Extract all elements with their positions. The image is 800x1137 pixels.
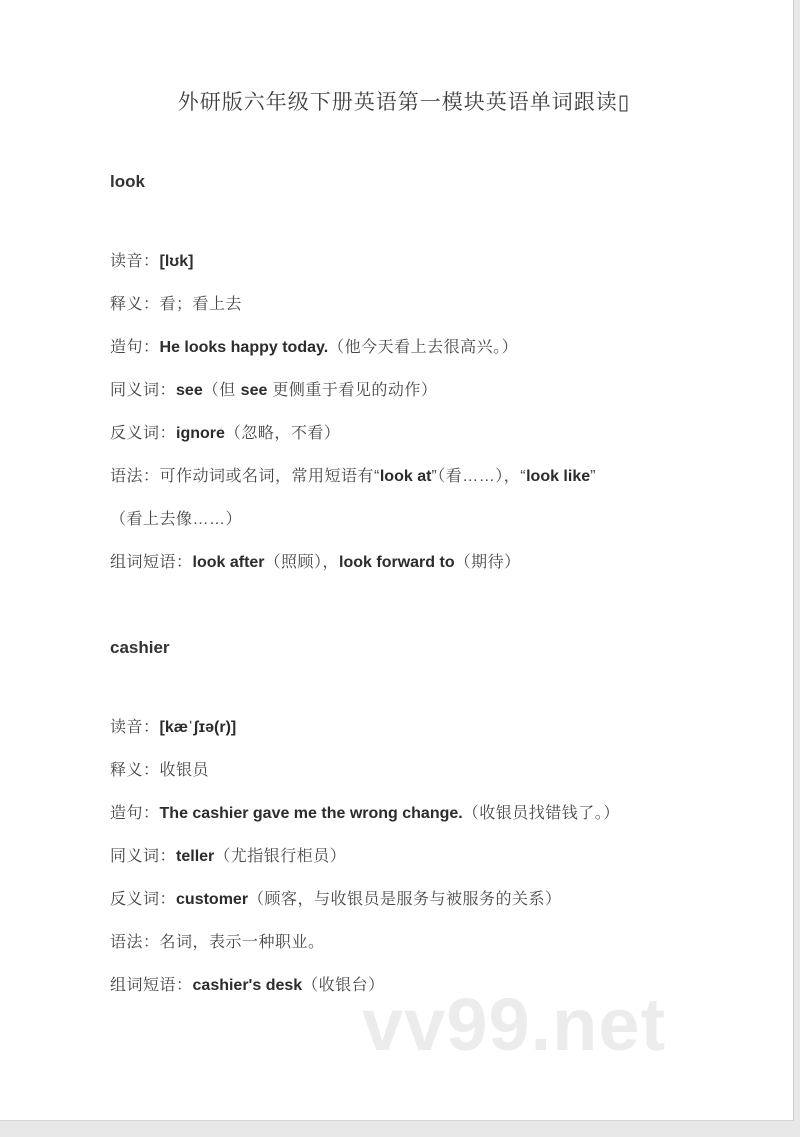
row-text-zh: 名词，表示一种职业。 — [160, 934, 325, 951]
entry-row: 读音：[lʊk] — [110, 240, 698, 283]
row-text-zh: （收银员找错钱了。） — [463, 805, 620, 822]
vocab-entry-look: look读音：[lʊk]释义：看；看上去造句：He looks happy to… — [110, 160, 698, 584]
row-text-en: teller — [176, 848, 214, 865]
entry-row: 反义词：ignore（忽略，不看） — [110, 412, 698, 455]
row-label: 读音： — [110, 719, 160, 736]
entry-row: 释义：看；看上去 — [110, 283, 698, 326]
entry-row: 造句：He looks happy today.（他今天看上去很高兴。） — [110, 326, 698, 369]
row-text-zh: （期待） — [455, 554, 521, 571]
row-text-en: look at — [380, 468, 432, 485]
row-text-zh: ”（看……），“ — [431, 468, 526, 485]
entry-row: （看上去像……） — [110, 498, 698, 541]
row-label: 释义： — [110, 296, 160, 313]
row-text-en: look forward to — [339, 554, 455, 571]
row-text-en: [lʊk] — [160, 253, 194, 270]
row-label: 造句： — [110, 339, 160, 356]
row-label: 组词短语： — [110, 554, 193, 571]
row-text-en: The cashier gave me the wrong change. — [160, 805, 463, 822]
row-label: 语法： — [110, 468, 160, 485]
entry-word: cashier — [110, 626, 698, 669]
entry-row: 反义词：customer（顾客，与收银员是服务与被服务的关系） — [110, 878, 698, 921]
entry-row: 读音：[kæˈʃɪə(r)] — [110, 706, 698, 749]
row-text-en: He looks happy today. — [160, 339, 329, 356]
row-text-en: look like — [526, 468, 590, 485]
row-text-en: look after — [193, 554, 265, 571]
vocab-entry-cashier: cashier读音：[kæˈʃɪə(r)]释义：收银员造句：The cashie… — [110, 626, 698, 1007]
row-text-zh: （但 — [203, 382, 241, 399]
entry-row: 造句：The cashier gave me the wrong change.… — [110, 792, 698, 835]
entry-word: look — [110, 160, 698, 203]
row-text-zh: ” — [590, 468, 596, 485]
row-text-en: see — [241, 382, 268, 399]
row-label: 反义词： — [110, 891, 176, 908]
entry-row: 组词短语：cashier's desk（收银台） — [110, 964, 698, 1007]
row-text-zh: （照顾）， — [265, 554, 340, 571]
row-text-zh: （看上去像……） — [110, 511, 242, 528]
row-text-zh: 看；看上去 — [160, 296, 243, 313]
row-label: 释义： — [110, 762, 160, 779]
entry-row: 同义词：teller（尤指银行柜员） — [110, 835, 698, 878]
row-text-en: [kæˈʃɪə(r)] — [160, 719, 237, 736]
row-text-zh: 收银员 — [160, 762, 210, 779]
row-text-en: cashier's desk — [193, 977, 303, 994]
row-text-zh: （尤指银行柜员） — [214, 848, 346, 865]
document-page: 外研版六年级下册英语第一模块英语单词跟读▯ look读音：[lʊk]释义：看；看… — [0, 0, 794, 1121]
row-text-en: ignore — [176, 425, 225, 442]
document-title: 外研版六年级下册英语第一模块英语单词跟读▯ — [110, 88, 698, 118]
row-label: 组词短语： — [110, 977, 193, 994]
entry-row: 释义：收银员 — [110, 749, 698, 792]
row-text-en: see — [176, 382, 203, 399]
entry-row: 同义词：see（但 see 更侧重于看见的动作） — [110, 369, 698, 412]
vocab-entries: look读音：[lʊk]释义：看；看上去造句：He looks happy to… — [110, 160, 698, 1007]
row-text-en: customer — [176, 891, 248, 908]
entry-row: 组词短语：look after（照顾），look forward to（期待） — [110, 541, 698, 584]
row-label: 同义词： — [110, 848, 176, 865]
row-label: 同义词： — [110, 382, 176, 399]
row-label: 反义词： — [110, 425, 176, 442]
row-text-zh: 可作动词或名词，常用短语有“ — [160, 468, 380, 485]
row-label: 语法： — [110, 934, 160, 951]
entry-row: 语法：可作动词或名词，常用短语有“look at”（看……），“look lik… — [110, 455, 698, 498]
row-text-zh: （忽略，不看） — [225, 425, 341, 442]
row-text-zh: （收银台） — [302, 977, 385, 994]
row-label: 造句： — [110, 805, 160, 822]
row-label: 读音： — [110, 253, 160, 270]
entry-row: 语法：名词，表示一种职业。 — [110, 921, 698, 964]
row-text-zh: （他今天看上去很高兴。） — [328, 339, 518, 356]
row-text-zh: 更侧重于看见的动作） — [267, 382, 437, 399]
row-text-zh: （顾客，与收银员是服务与被服务的关系） — [248, 891, 562, 908]
